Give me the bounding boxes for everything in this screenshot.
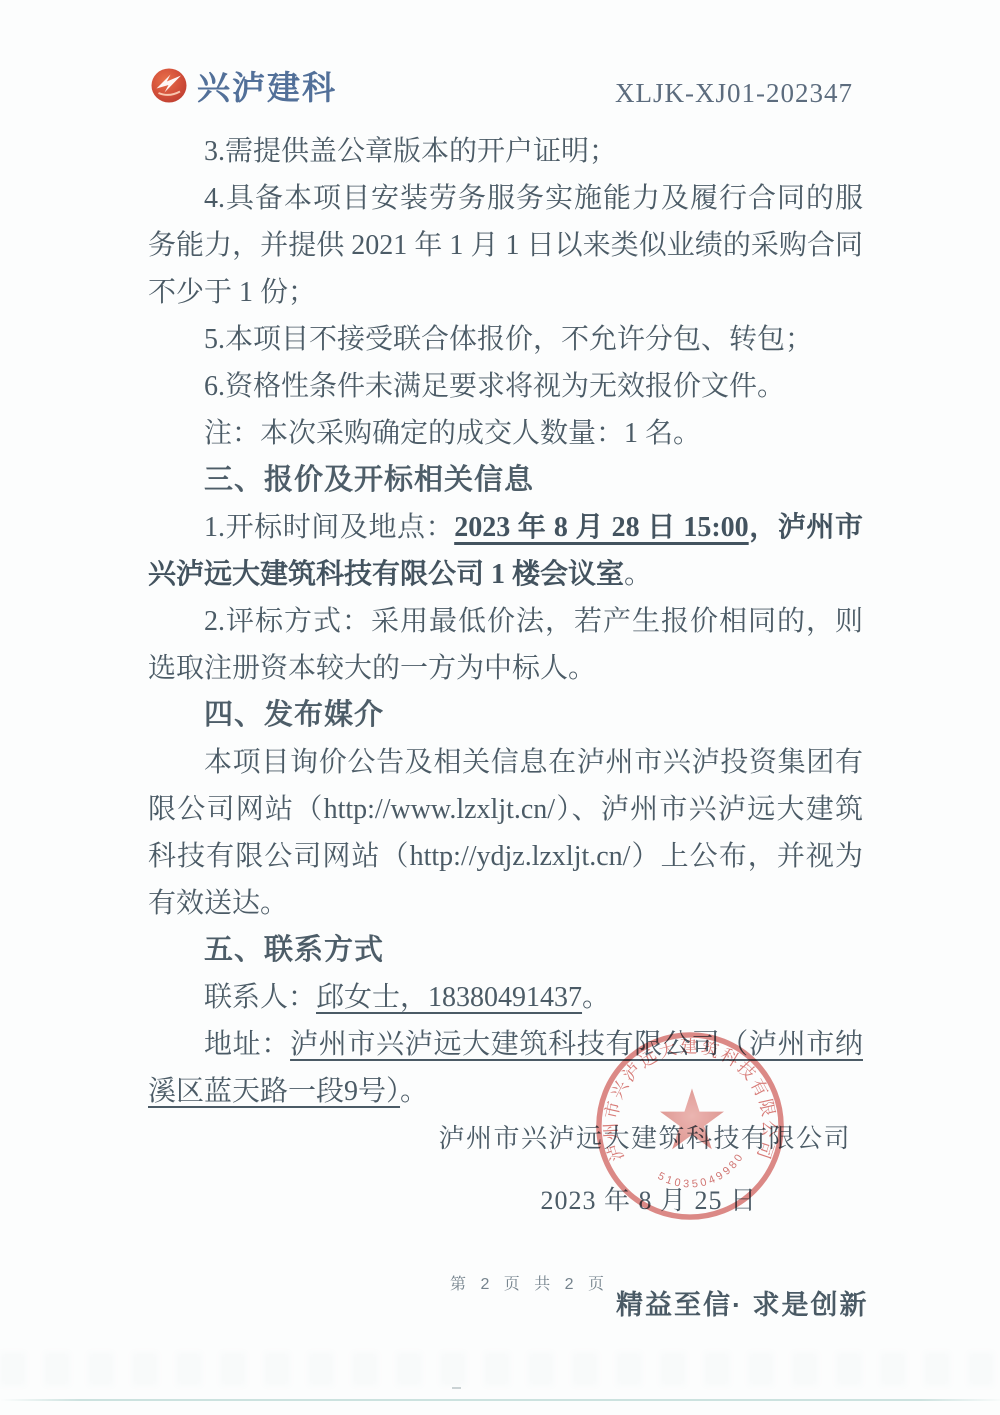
scan-artifact-line [0, 1399, 1000, 1401]
media-paragraph: 本项目询价公告及相关信息在泸州市兴泸投资集团有限公司网站（http://www.… [148, 739, 863, 927]
clause-5: 5.本项目不接受联合体报价，不允许分包、转包； [148, 316, 863, 363]
bid-open-line: 1.开标时间及地点：2023 年 8 月 28 日 15:00，泸州市兴泸远大建… [148, 504, 863, 598]
page-number: 第 2 页 共 2 页 [450, 1271, 609, 1294]
clause-6: 6.资格性条件未满足要求将视为无效报价文件。 [148, 363, 863, 410]
signature-date: 2023 年 8 月 25 日 [540, 1180, 757, 1217]
section-heading-3: 三、报价及开标相关信息 [148, 457, 863, 504]
document-body: 3.需提供盖公章版本的开户证明； 4.具备本项目安装劳务服务实施能力及履行合同的… [148, 128, 863, 1115]
logo-text: 兴泸建科 [197, 62, 337, 109]
clause-3: 3.需提供盖公章版本的开户证明； [148, 128, 863, 175]
company-logo: 兴泸建科 [150, 62, 337, 109]
clause-4: 4.具备本项目安装劳务服务实施能力及履行合同的服务能力，并提供 2021 年 1… [148, 175, 863, 316]
note-line: 注：本次采购确定的成交人数量：1 名。 [148, 410, 863, 457]
document-number: XLJK-XJ01-202347 [615, 78, 853, 109]
xinglu-logo-icon [150, 66, 188, 106]
section-heading-4: 四、发布媒介 [148, 692, 863, 739]
footer-slogan: 精益至信· 求是创新 [616, 1283, 869, 1322]
scan-ghost-band [0, 1352, 1000, 1386]
evaluation-line: 2.评标方式：采用最低价法，若产生报价相同的，则选取注册资本较大的一方为中标人。 [148, 598, 863, 692]
address-line: 地址：泸州市兴泸远大建筑科技有限公司（泸州市纳溪区蓝天路一段9号）。 [148, 1021, 863, 1115]
signature-company: 泸州市兴泸远大建筑科技有限公司 [438, 1118, 851, 1155]
contact-line: 联系人：邱女士，18380491437。 [148, 974, 863, 1021]
section-heading-5: 五、联系方式 [148, 927, 863, 974]
scan-artifact-dash [452, 1387, 461, 1389]
document-page: 兴泸建科 XLJK-XJ01-202347 3.需提供盖公章版本的开户证明； 4… [0, 0, 1000, 1415]
